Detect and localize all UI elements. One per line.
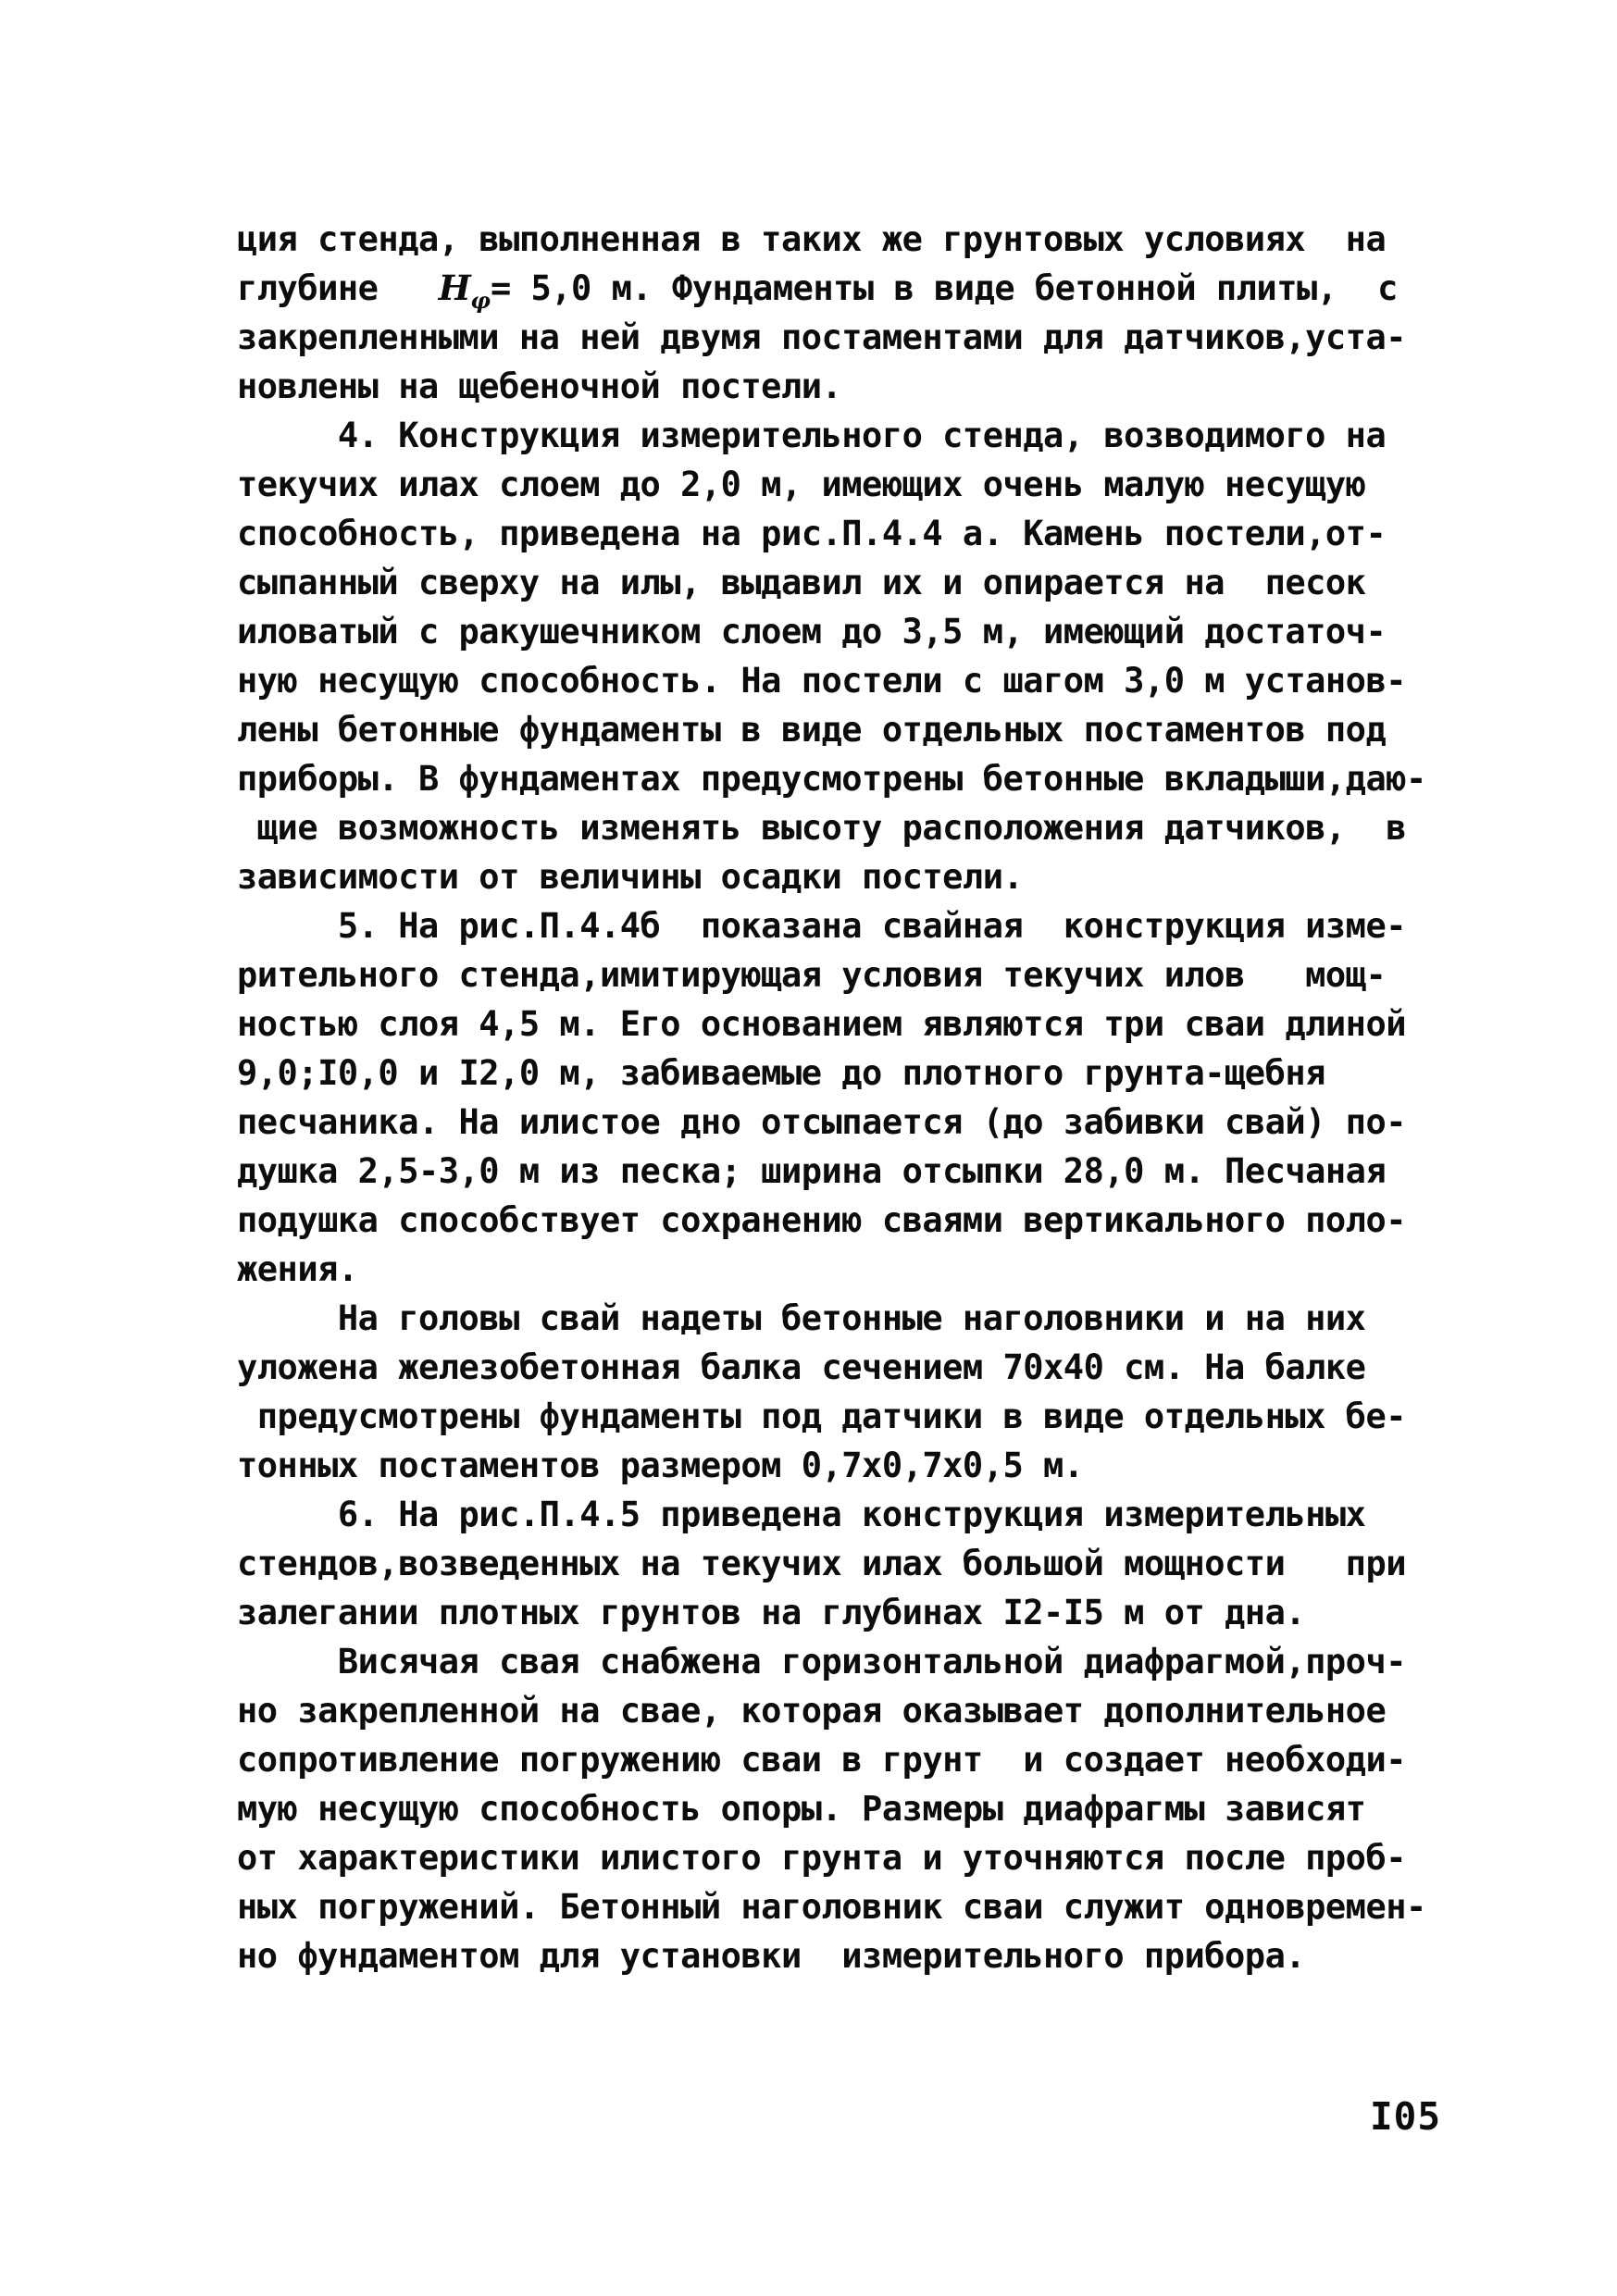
body-text-block: ция стенда, выполненная в таких же грунт… xyxy=(237,215,1468,1980)
text-line: стендов,возведенных на текучих илах боль… xyxy=(237,1539,1468,1588)
text-segment: глубине xyxy=(237,268,439,308)
text-line: ностью слоя 4,5 м. Его основанием являют… xyxy=(237,999,1468,1049)
text-line: сыпанный сверху на илы, выдавил их и опи… xyxy=(237,558,1468,607)
depth-formula-symbol: Нφ xyxy=(439,267,491,308)
text-line: глубине Нφ= 5,0 м. Фундаменты в виде бет… xyxy=(237,264,1468,313)
text-line: 5. На рис.П.4.4б показана свайная констр… xyxy=(237,901,1468,950)
text-line: жения. xyxy=(237,1245,1468,1294)
text-line: Висячая свая снабжена горизонтальной диа… xyxy=(237,1637,1468,1686)
text-line: лены бетонные фундаменты в виде отдельны… xyxy=(237,705,1468,754)
scanned-document-page: ция стенда, выполненная в таких же грунт… xyxy=(0,0,1617,2296)
text-line: На головы свай надеты бетонные наголовни… xyxy=(237,1294,1468,1343)
text-line: но фундаментом для установки измерительн… xyxy=(237,1931,1468,1980)
text-line: рительного стенда,имитирующая условия те… xyxy=(237,950,1468,999)
text-line: подушка способствует сохранению сваями в… xyxy=(237,1196,1468,1245)
text-line: песчаника. На илистое дно отсыпается (до… xyxy=(237,1098,1468,1147)
text-line: щие возможность изменять высоту располож… xyxy=(237,803,1468,852)
page-number: I05 xyxy=(1370,2093,1441,2140)
text-line: ция стенда, выполненная в таких же грунт… xyxy=(237,215,1468,264)
text-line: тонных постаментов размером 0,7х0,7х0,5 … xyxy=(237,1441,1468,1490)
text-line: 4. Конструкция измерительного стенда, во… xyxy=(237,411,1468,460)
text-line: мую несущую способность опоры. Размеры д… xyxy=(237,1784,1468,1833)
text-line: текучих илах слоем до 2,0 м, имеющих оче… xyxy=(237,460,1468,509)
text-segment: = 5,0 м. Фундаменты в виде бетонной плит… xyxy=(491,268,1398,308)
text-line: от характеристики илистого грунта и уточ… xyxy=(237,1833,1468,1882)
text-line: закрепленными на ней двумя постаментами … xyxy=(237,313,1468,362)
text-line: зависимости от величины осадки постели. xyxy=(237,852,1468,901)
text-line: иловатый с ракушечником слоем до 3,5 м, … xyxy=(237,607,1468,656)
text-line: залегании плотных грунтов на глубинах I2… xyxy=(237,1588,1468,1637)
text-line: предусмотрены фундаменты под датчики в в… xyxy=(237,1392,1468,1441)
text-line: уложена железобетонная балка сечением 70… xyxy=(237,1343,1468,1392)
text-line: 9,0;I0,0 и I2,0 м, забиваемые до плотног… xyxy=(237,1049,1468,1098)
text-line: способность, приведена на рис.П.4.4 а. К… xyxy=(237,509,1468,558)
text-line: душка 2,5-3,0 м из песка; ширина отсыпки… xyxy=(237,1147,1468,1196)
text-line: 6. На рис.П.4.5 приведена конструкция из… xyxy=(237,1490,1468,1539)
text-line: ных погружений. Бетонный наголовник сваи… xyxy=(237,1882,1468,1931)
text-line: но закрепленной на свае, которая оказыва… xyxy=(237,1686,1468,1735)
text-line: новлены на щебеночной постели. xyxy=(237,362,1468,411)
text-line: приборы. В фундаментах предусмотрены бет… xyxy=(237,754,1468,803)
text-line: ную несущую способность. На постели с ша… xyxy=(237,656,1468,705)
text-line: сопротивление погружению сваи в грунт и … xyxy=(237,1735,1468,1784)
